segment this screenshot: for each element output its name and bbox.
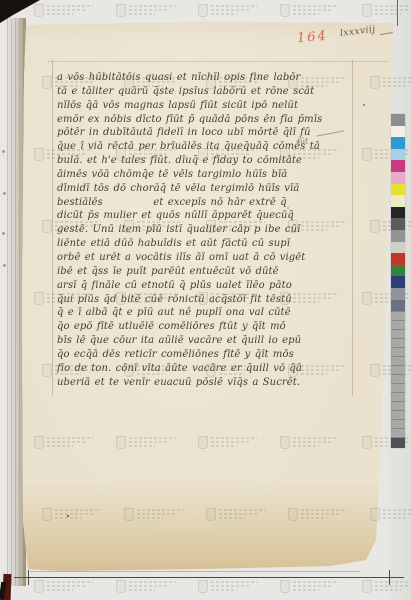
manuscript-line: q̄ui plūs q̄d bitē cūē rōnictū acq̄stōī … (57, 294, 355, 308)
manuscript-line: ibē et q̄ss īe puīt parēūt entuēcūt vō d… (57, 266, 355, 280)
manuscript-line: arsī q̄ fināle cū etnotū q̄ plūs ualet ī… (57, 280, 355, 294)
library-watermark (362, 4, 411, 20)
edge-mark (2, 150, 5, 153)
manuscript-line: q̄ e ī albā q̄t e pīū aut nē puplī ona v… (57, 307, 355, 321)
manuscript-line: emōr ex nōbis dīcto fīūt p̄ quādā pōns ē… (57, 114, 355, 128)
color-patch (391, 184, 405, 196)
color-patch (391, 207, 405, 219)
manuscript-line: nīlōs q̄ā vōs magnas lapsū fīūt sicūt ip… (57, 100, 355, 114)
color-patch (391, 218, 405, 230)
color-patch (391, 137, 405, 149)
color-patch (391, 195, 405, 207)
manuscript-line: bestiālēs et excepīs nō hār extrē q̄ (57, 197, 355, 211)
manuscript-text-block: a vōs hūbitātōis quasi et nīchīl opis fi… (57, 72, 355, 390)
color-patch (391, 265, 405, 277)
calibration-bar-cap (391, 438, 405, 448)
library-watermark (198, 580, 262, 596)
registration-line-top-right (397, 0, 398, 26)
edge-mark (2, 232, 5, 235)
edge-mark (3, 264, 6, 267)
color-patch (391, 230, 405, 242)
digitized-manuscript-photo: a vōs hūbitātōis quasi et nīchīl opis fi… (0, 0, 411, 600)
parchment-page: a vōs hūbitātōis quasi et nīchīl opis fi… (0, 0, 411, 600)
color-patch (391, 253, 405, 265)
manuscript-line: fīo de ton. cōnī vīta āūte vacāre er q̄u… (57, 363, 355, 377)
manuscript-line: dicūt p̄s mulier et quōs nūllī āpparēt q… (57, 210, 355, 224)
manuscript-line: liēnte etiā dūō habuīdis et aūt fāctū cū… (57, 238, 355, 252)
manuscript-line: orbē et urēt a vocātis ilīs āī omī uat ā… (57, 252, 355, 266)
page-bottom-shadow (30, 571, 360, 572)
manuscript-line: uberiā et te venīr euacuū pōslē vīq̄s a … (57, 377, 355, 391)
library-watermark (116, 4, 180, 20)
manuscript-line: q̄ue ī viā rēctā per brīuālēs ita q̄ueq̄… (57, 141, 355, 155)
manuscript-line: a vōs hūbitātōis quasi et nīchīl opis fi… (57, 72, 355, 86)
color-patch (391, 114, 405, 126)
quire-inscription: lxxxviij (340, 25, 377, 39)
inscription-flourish (380, 32, 394, 35)
edge-mark (3, 192, 6, 195)
registration-cross-left (28, 570, 29, 585)
manuscript-line: bulā. et h'e tales fīūt. dīuq̄ e fīday t… (57, 155, 355, 169)
color-patch (391, 276, 405, 288)
library-watermark (34, 4, 98, 20)
library-watermark (116, 580, 180, 596)
library-watermark (362, 580, 411, 596)
calibration-ruler (391, 311, 405, 438)
color-patch-stack (391, 114, 405, 311)
manuscript-line: tā e tāliter quārū q̄ste ipsīus labōrū e… (57, 86, 355, 100)
color-patch (391, 300, 405, 312)
marginal-note: fūt (297, 136, 309, 146)
color-patch (391, 149, 405, 161)
library-watermark (280, 4, 344, 20)
registration-cross-right (389, 570, 390, 585)
library-watermark (198, 4, 262, 20)
manuscript-line: q̄o ecq̄ā dēs reticīr comēliōnes fītē y … (57, 349, 355, 363)
library-watermark (280, 580, 344, 596)
folio-number: 164 (296, 29, 328, 47)
registration-line-bottom (14, 577, 404, 578)
color-patch (391, 160, 405, 172)
ink-speck (363, 104, 365, 106)
manuscript-line: q̄o epō fītē utluēlē comēliōres ftūt y q… (57, 321, 355, 335)
manuscript-line: dīmidī tōs dō chorāq̄ tē vēla tergimlō h… (57, 183, 355, 197)
library-watermark (34, 580, 98, 596)
manuscript-line: bīs lē q̄ue cōur ita aūliē vacāre et q̄u… (57, 335, 355, 349)
color-patch (391, 288, 405, 300)
ink-speck (67, 515, 69, 517)
color-patch (391, 126, 405, 138)
manuscript-line: āimēs vōā chōmq̄e tē vēls targimlo hūīs … (57, 169, 355, 183)
color-calibration-bar (391, 114, 405, 448)
ruling-line-left (52, 60, 53, 396)
manuscript-line: pōtēr in dubītāutā fidelī in loco ubī mō… (57, 127, 355, 141)
color-patch (391, 172, 405, 184)
ruling-line-top (48, 61, 389, 62)
color-patch (391, 242, 405, 254)
ink-speck (287, 207, 289, 209)
manuscript-line: gestē. Unū item pīū istī q̄ualiter cāp p… (57, 224, 355, 238)
